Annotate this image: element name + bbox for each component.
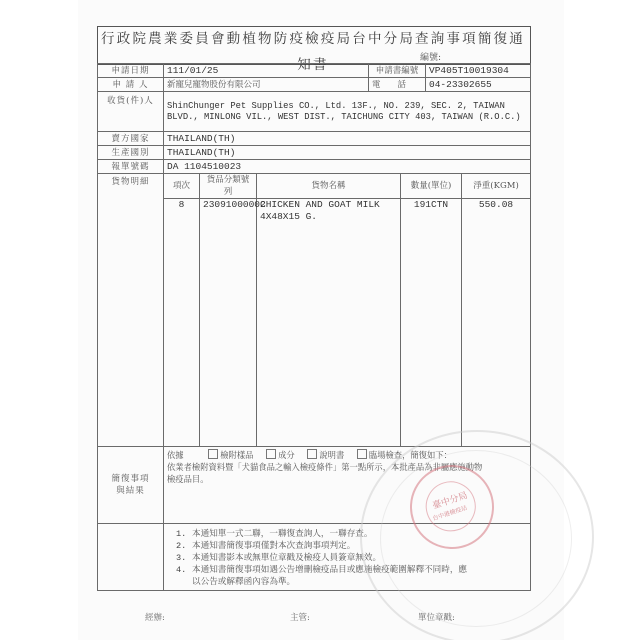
goods-section-label: 貨物明細	[98, 174, 164, 447]
declaration-no-label: 報單號碼	[98, 160, 164, 174]
notes-label-cell	[98, 524, 164, 591]
goods-quantity: 191CTN	[401, 199, 462, 447]
handler-signature-label: 經辦:	[145, 611, 165, 623]
col-item: 項次	[164, 174, 200, 199]
origin-country-value: THAILAND(TH)	[164, 146, 531, 160]
consignee-address-line1: ShinChunger Pet Supplies CO., Ltd. 13F.,…	[167, 101, 527, 112]
declaration-no-row: 報單號碼 DA 1104510023	[98, 160, 531, 174]
consignee-label: 收貨(件)人	[98, 92, 164, 132]
checkbox-sample-label: 檢附樣品	[220, 450, 253, 460]
supervisor-signature-label: 主管:	[290, 611, 310, 623]
col-quantity: 數量(單位)	[401, 174, 462, 199]
origin-country-label: 生產國別	[98, 146, 164, 160]
consignee-row: 收貨(件)人 ShinChunger Pet Supplies CO., Ltd…	[98, 92, 531, 132]
application-no-value: VP405T10019304	[426, 64, 531, 78]
goods-header-row: 貨物明細 項次 貨品分類號列 貨物名稱 數量(單位) 淨重(KGM)	[98, 174, 531, 199]
checkbox-onsite-inspection[interactable]	[357, 449, 367, 459]
goods-hs-code: 23091000002	[200, 199, 257, 447]
checkbox-ingredients[interactable]	[266, 449, 276, 459]
applicant-row: 申 請 人 新寵兒寵物股份有限公司 電 話 04-23302655	[98, 78, 531, 92]
goods-name-line2: 4X48X15 G.	[260, 211, 397, 223]
basis-label: 依據	[167, 450, 184, 460]
seller-country-value: THAILAND(TH)	[164, 132, 531, 146]
phone-label: 電 話	[369, 78, 426, 92]
checkbox-sample[interactable]	[208, 449, 218, 459]
serial-number-label: 編號:	[420, 50, 441, 63]
phone-value: 04-23302655	[426, 78, 531, 92]
declaration-no-value: DA 1104510023	[164, 160, 531, 174]
reply-section-label: 簡復事項 與結果	[98, 447, 164, 524]
goods-net-weight: 550.08	[462, 199, 531, 447]
seller-country-row: 賣方國家 THAILAND(TH)	[98, 132, 531, 146]
document-title: 行政院農業委員會動植物防疫檢疫局台中分局查詢事項簡復通知書	[97, 26, 529, 52]
col-goods-name: 貨物名稱	[257, 174, 401, 199]
applicant-value: 新寵兒寵物股份有限公司	[164, 78, 369, 92]
origin-country-row: 生產國別 THAILAND(TH)	[98, 146, 531, 160]
checkbox-ingredients-label: 成分	[278, 450, 295, 460]
consignee-address-line2: BLVD., MINLONG VIL., WEST DIST., TAICHUN…	[167, 112, 527, 123]
checkbox-manual[interactable]	[307, 449, 317, 459]
col-hs-code: 貨品分類號列	[200, 174, 257, 199]
goods-name-line1: CHICKEN AND GOAT MILK	[260, 199, 397, 211]
goods-item: 8	[164, 199, 200, 447]
seller-country-label: 賣方國家	[98, 132, 164, 146]
application-date-label: 申請日期	[98, 64, 164, 78]
col-net-weight: 淨重(KGM)	[462, 174, 531, 199]
application-date-value: 111/01/25	[164, 64, 369, 78]
checkbox-manual-label: 說明書	[319, 450, 344, 460]
application-no-label: 申請書編號	[369, 64, 426, 78]
application-date-row: 申請日期 111/01/25 申請書編號 VP405T10019304	[98, 64, 531, 78]
applicant-label: 申 請 人	[98, 78, 164, 92]
